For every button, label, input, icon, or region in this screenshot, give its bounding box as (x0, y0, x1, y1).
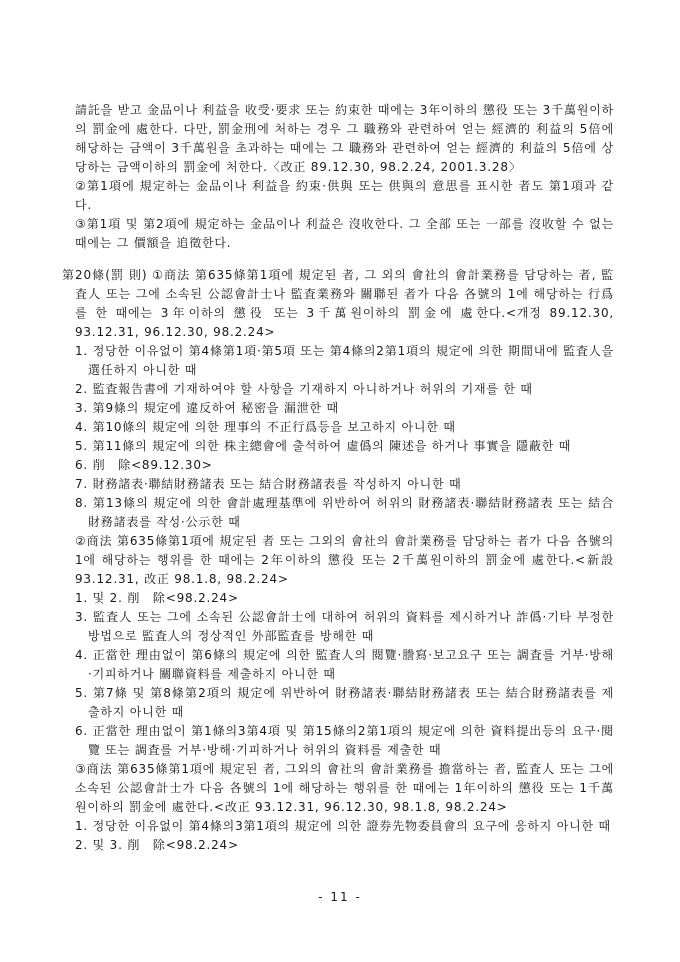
article-20-1-item-1: 1. 정당한 이유없이 第4條第1項·第5項 또는 第4條의2第1項의 規定에 … (75, 342, 614, 380)
article-20-1-item-6: 6. 削 除<89.12.30> (75, 456, 614, 475)
paragraph-penalty-continuation: 請託을 받고 金品이나 利益을 收受·要求 또는 約束한 때에는 3年이하의 懲… (75, 101, 614, 177)
article-20-2-item-5: 5. 第7條 및 第8條第2項의 規定에 위반하여 財務諸表·聯結財務諸表 또는… (75, 684, 614, 722)
article-20-heading: 第20條(罰 則) ①商法 第635條第1項에 規定된 者, 그 외의 會社의 … (62, 266, 614, 342)
article-20-2-item-3: 3. 監査人 또는 그에 소속된 公認會計士에 대하여 허위의 資料를 제시하거… (75, 608, 614, 646)
article-20-clause-3-heading: ③商法 第635條第1項에 規定된 者, 그외의 會社의 會計業務를 擔當하는 … (75, 760, 614, 817)
document-page: 請託을 받고 金品이나 利益을 收受·要求 또는 約束한 때에는 3年이하의 懲… (0, 0, 680, 962)
article-20-3-item-1: 1. 정당한 이유없이 第4條의3第1項의 規定에 의한 證券先物委員會의 요구… (75, 817, 614, 836)
paragraph-clause-3: ③第1項 및 第2項에 規定하는 金品이나 利益은 沒收한다. 그 全部 또는 … (75, 215, 614, 253)
article-20-2-item-1-2: 1. 및 2. 削 除<98.2.24> (75, 589, 614, 608)
article-20-1-item-5: 5. 第11條의 規定에 의한 株主總會에 출석하여 虛僞의 陳述을 하거나 事… (75, 437, 614, 456)
article-20-1-item-8: 8. 第13條의 規定에 의한 會計處理基準에 위반하여 허위의 財務諸表·聯結… (75, 494, 614, 532)
article-20-1-item-7: 7. 財務諸表·聯結財務諸表 또는 結合財務諸表를 작성하지 아니한 때 (75, 475, 614, 494)
document-text-area: 請託을 받고 金品이나 利益을 收受·要求 또는 約束한 때에는 3年이하의 懲… (62, 101, 614, 855)
article-20-3-item-2-3: 2. 및 3. 削 除<98.2.24> (75, 836, 614, 855)
paragraph-clause-2: ②第1項에 規定하는 金品이나 利益을 約束·供與 또는 供與의 意思를 표시한… (75, 177, 614, 215)
article-20-1-item-2: 2. 監査報告書에 기재하여야 할 사항을 기재하지 아니하거나 허위의 기재를… (75, 380, 614, 399)
article-20-1-item-3: 3. 第9條의 規定에 違反하여 秘密을 漏泄한 때 (75, 399, 614, 418)
article-20-2-item-6: 6. 正當한 理由없이 第1條의3第4項 및 第15條의2第1項의 規定에 의한… (75, 722, 614, 760)
article-20-2-item-4: 4. 正當한 理由없이 第6條의 規定에 의한 監査人의 閱覽·謄寫·보고요구 … (75, 646, 614, 684)
article-20-1-item-4: 4. 第10條의 規定에 의한 理事의 不正行爲등을 보고하지 아니한 때 (75, 418, 614, 437)
article-20-clause-2-heading: ②商法 第635條第1項에 規定된 者 또는 그외의 會社의 會計業務를 담당하… (75, 532, 614, 589)
page-number: - 11 - (0, 890, 680, 904)
